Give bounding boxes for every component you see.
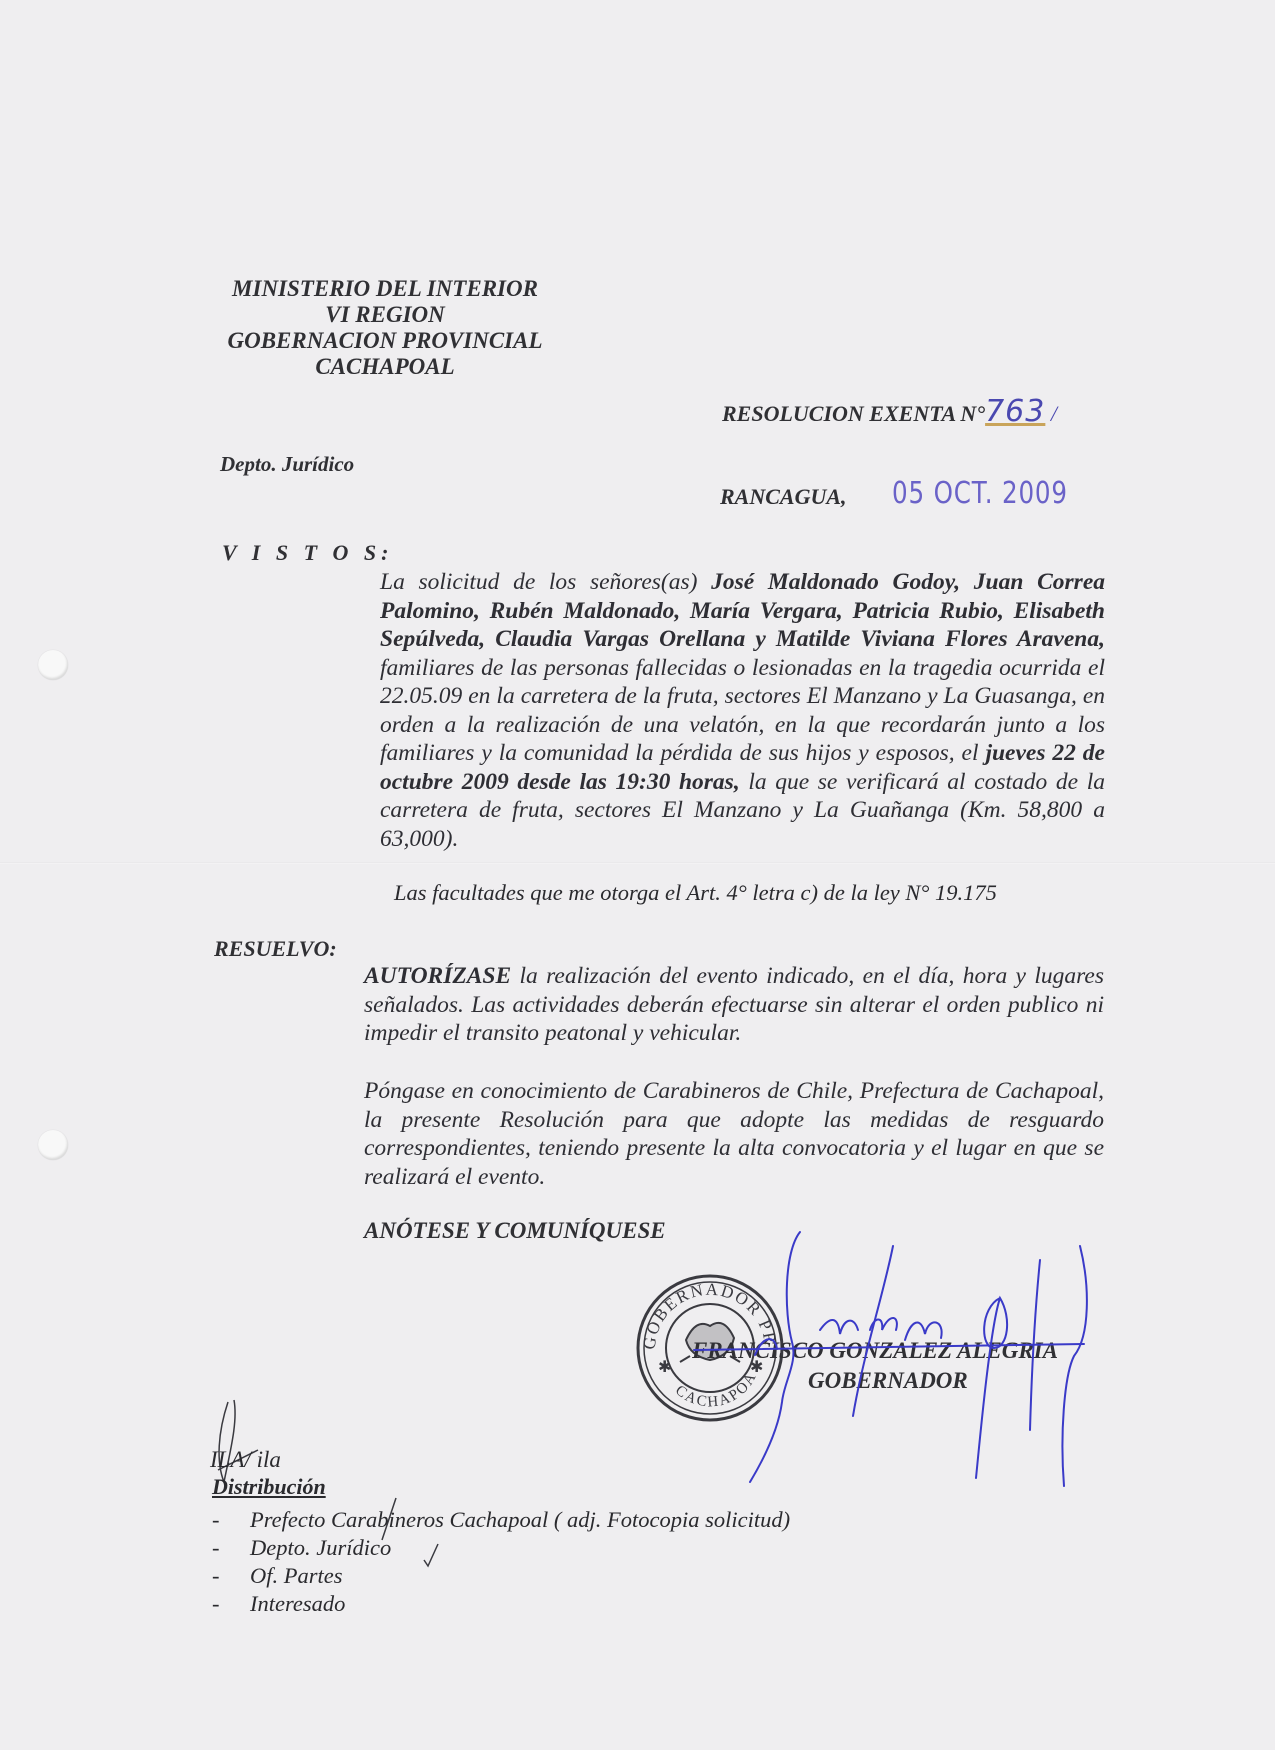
punch-hole-bottom (38, 1130, 68, 1160)
list-item: -Interesado (212, 1590, 790, 1618)
distribution-heading: Distribución (212, 1474, 326, 1500)
department: Depto. Jurídico (220, 452, 354, 477)
punch-hole-top (38, 650, 68, 680)
bullet-dash: - (212, 1590, 250, 1618)
recipient: Prefecto Carabineros Cachapoal ( adj. Fo… (250, 1506, 790, 1534)
text-segment: La solicitud de los señores(as) (380, 569, 711, 595)
svg-text:✱: ✱ (658, 1359, 671, 1376)
letterhead-line: MINISTERIO DEL INTERIOR (200, 276, 570, 302)
recipient: Of. Partes (250, 1562, 343, 1590)
list-item: -Of. Partes (212, 1562, 790, 1590)
letterhead-line: VI REGION (200, 302, 570, 328)
resuelvo-heading: RESUELVO: (214, 936, 337, 962)
signature-icon (0, 0, 1275, 1750)
vistos-paragraph: La solicitud de los señores(as) José Mal… (380, 568, 1105, 853)
list-item: -Prefecto Carabineros Cachapoal ( adj. F… (212, 1506, 790, 1534)
distribution-list: -Prefecto Carabineros Cachapoal ( adj. F… (212, 1506, 790, 1618)
notification-paragraph: Póngase en conocimiento de Carabineros d… (364, 1077, 1104, 1191)
recipient: Depto. Jurídico (250, 1534, 391, 1562)
city: RANCAGUA, (720, 484, 847, 510)
recipient: Interesado (250, 1590, 345, 1618)
list-item: -Depto. Jurídico (212, 1534, 790, 1562)
letterhead-line: GOBERNACION PROVINCIAL (200, 328, 570, 354)
letterhead: MINISTERIO DEL INTERIOR VI REGION GOBERN… (200, 276, 570, 380)
bullet-dash: - (212, 1562, 250, 1590)
authorization-paragraph: AUTORÍZASE la realización del evento ind… (364, 962, 1104, 1048)
drafter-initials: ILA/ ila (210, 1447, 281, 1473)
closing-formula: ANÓTESE Y COMUNÍQUESE (364, 1218, 666, 1244)
resolution-title: RESOLUCION EXENTA N°763 / (722, 394, 1057, 429)
resolution-number: 763 (985, 394, 1045, 429)
signatory-title: GOBERNADOR (808, 1368, 968, 1394)
signatory-name: FRANCISCO GONZALEZ ALEGRIA (692, 1338, 1058, 1364)
letterhead-line: CACHAPOAL (200, 354, 570, 380)
paper-fold (0, 862, 1275, 864)
legal-basis: Las facultades que me otorga el Art. 4° … (394, 880, 997, 906)
seal-icon: ✱ ✱ GOBERNADOR PROVINCIAL CACHAPOAL (0, 0, 1275, 1750)
bullet-dash: - (212, 1506, 250, 1534)
authorize-word: AUTORÍZASE (364, 963, 511, 989)
vistos-heading: V I S T O S: (222, 540, 393, 566)
bullet-dash: - (212, 1534, 250, 1562)
resolution-label: RESOLUCION EXENTA N° (722, 401, 985, 426)
date-stamp: 05 OCT. 2009 (892, 476, 1068, 511)
